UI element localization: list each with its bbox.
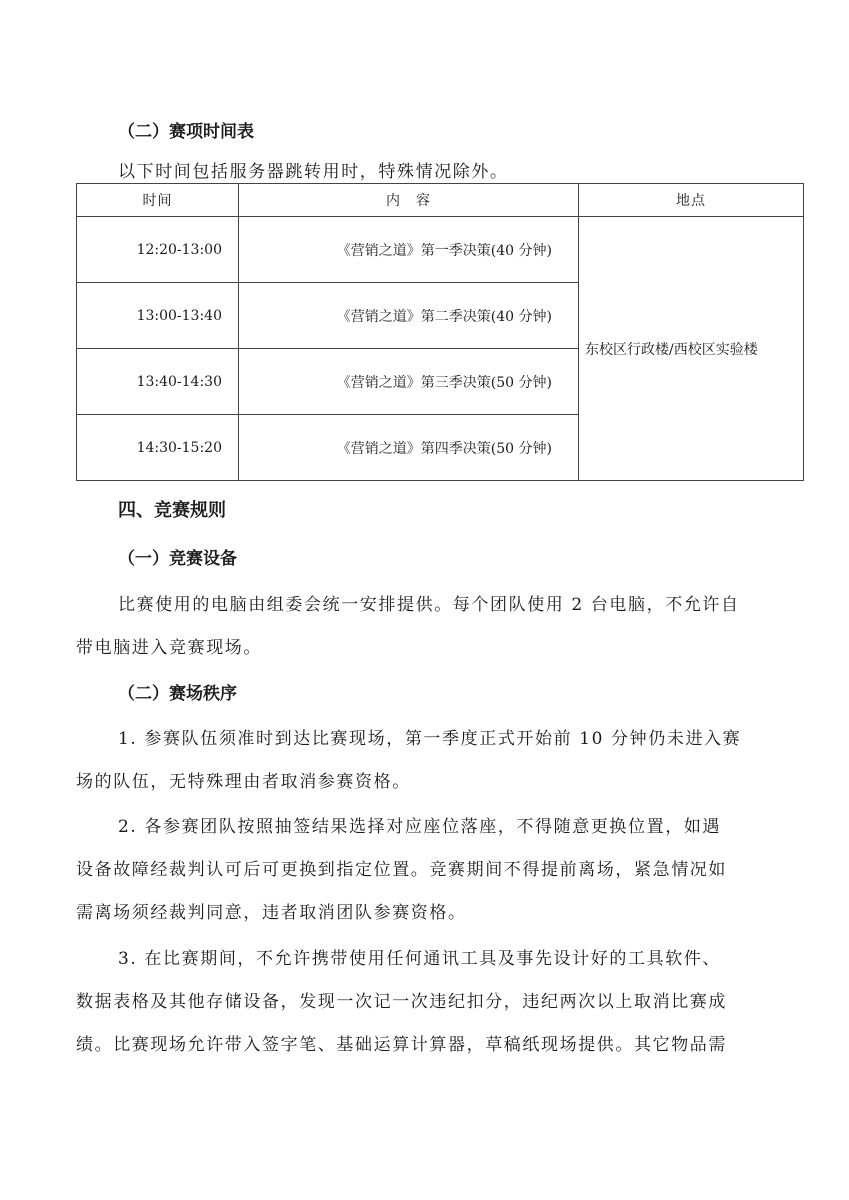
cell-content: 《营销之道》第二季决策(40 分钟) [239,283,579,349]
order-item-1-line: 1. 参赛队伍须准时到达比赛现场，第一季度正式开始前 10 分钟仍未进入赛 [118,724,741,749]
header-content: 内 容 [239,184,579,217]
schedule-note: 以下时间包括服务器跳转用时，特殊情况除外。 [118,157,509,182]
cell-time: 12:20-13:00 [77,217,239,283]
cell-time: 13:40-14:30 [77,349,239,415]
order-item-2-line: 2. 各参赛团队按照抽签结果选择对应座位落座，不得随意更换位置，如遇 [118,812,721,837]
cell-time: 14:30-15:20 [77,415,239,481]
rules-heading: 四、竞赛规则 [118,496,226,522]
cell-content: 《营销之道》第四季决策(50 分钟) [239,415,579,481]
table-header-row: 时间 内 容 地点 [77,184,804,217]
order-item-3-line: 3. 在比赛期间，不允许携带使用任何通讯工具及事先设计好的工具软件、 [118,944,721,969]
order-item-3-line: 数据表格及其他存储设备，发现一次记一次违纪扣分，违纪两次以上取消比赛成 [76,987,727,1012]
order-item-1-line: 场的队伍，无特殊理由者取消参赛资格。 [76,767,411,792]
schedule-heading: （二）赛项时间表 [118,117,254,142]
table-row: 12:20-13:00 《营销之道》第一季决策(40 分钟) 东校区行政楼/西校… [77,217,804,283]
equipment-text-line: 带电脑进入竞赛现场。 [76,633,262,658]
equipment-heading: （一）竞赛设备 [118,544,237,569]
order-item-2-line: 需离场须经裁判同意，违者取消团队参赛资格。 [76,898,467,923]
equipment-text-line: 比赛使用的电脑由组委会统一安排提供。每个团队使用 2 台电脑，不允许自 [118,590,740,615]
cell-content: 《营销之道》第三季决策(50 分钟) [239,349,579,415]
schedule-table: 时间 内 容 地点 12:20-13:00 《营销之道》第一季决策(40 分钟)… [76,183,804,481]
order-item-2-line: 设备故障经裁判认可后可更换到指定位置。竞赛期间不得提前离场，紧急情况如 [76,855,727,880]
cell-time: 13:00-13:40 [77,283,239,349]
cell-location: 东校区行政楼/西校区实验楼 [579,217,804,481]
order-heading: （二）赛场秩序 [118,679,237,704]
header-location: 地点 [579,184,804,217]
order-item-3-line: 绩。比赛现场允许带入签字笔、基础运算计算器，草稿纸现场提供。其它物品需 [76,1030,727,1055]
header-time: 时间 [77,184,239,217]
cell-content: 《营销之道》第一季决策(40 分钟) [239,217,579,283]
